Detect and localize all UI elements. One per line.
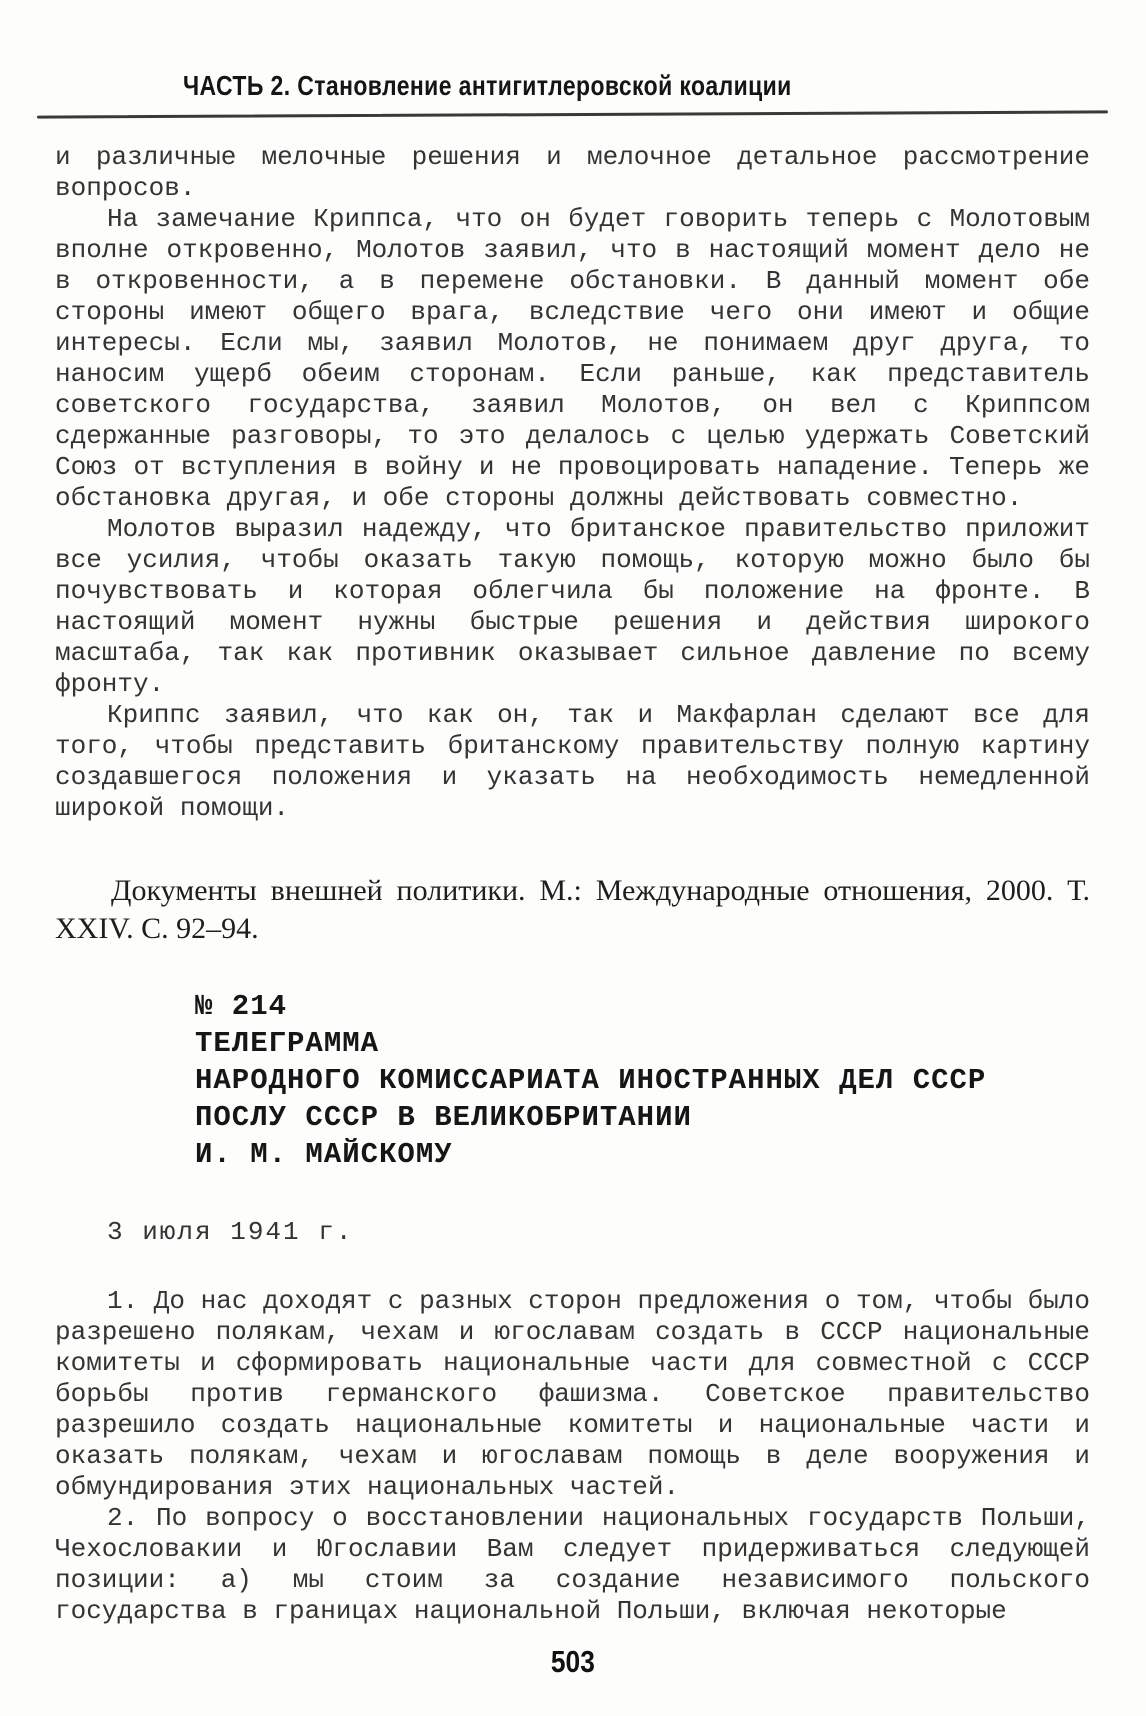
paragraph: 2. По вопросу о восстановлении националь… (55, 1503, 1090, 1627)
header-rule (37, 110, 1108, 118)
paragraph: Молотов выразил надежду, что британское … (55, 514, 1090, 700)
page-number: 503 (0, 1644, 1146, 1680)
document-title-line: НАРОДНОГО КОМИССАРИАТА ИНОСТРАННЫХ ДЕЛ С… (195, 1062, 1090, 1099)
paragraph: На замечание Криппса, что он будет говор… (55, 204, 1090, 514)
paragraph: 1. До нас доходят с разных сторон предло… (55, 1286, 1090, 1503)
document-title-line: ТЕЛЕГРАММА (195, 1025, 1090, 1062)
running-header: ЧАСТЬ 2. Становление антигитлеровской ко… (183, 70, 1090, 102)
telegram-body: 1. До нас доходят с разных сторон предло… (55, 1286, 1090, 1627)
document-number: № 214 (195, 988, 1090, 1025)
source-citation: Документы внешней политики. М.: Междунар… (55, 872, 1090, 948)
telegram-heading: № 214 ТЕЛЕГРАММА НАРОДНОГО КОМИССАРИАТА … (195, 988, 1090, 1173)
document-title-line: И. М. МАЙСКОМУ (195, 1136, 1090, 1173)
scanned-book-page: ЧАСТЬ 2. Становление антигитлеровской ко… (0, 0, 1146, 1716)
paragraph: и различные мелочные решения и мелочное … (55, 142, 1090, 204)
document-date: 3 июля 1941 г. (107, 1217, 1090, 1248)
page-number-text: 503 (551, 1644, 595, 1680)
paragraph: Криппс заявил, что как он, так и Макфарл… (55, 700, 1090, 824)
document-title-line: ПОСЛУ СССР В ВЕЛИКОБРИТАНИИ (195, 1099, 1090, 1136)
running-header-title: ЧАСТЬ 2. Становление антигитлеровской ко… (183, 70, 792, 102)
conversation-record-body: и различные мелочные решения и мелочное … (55, 142, 1090, 824)
